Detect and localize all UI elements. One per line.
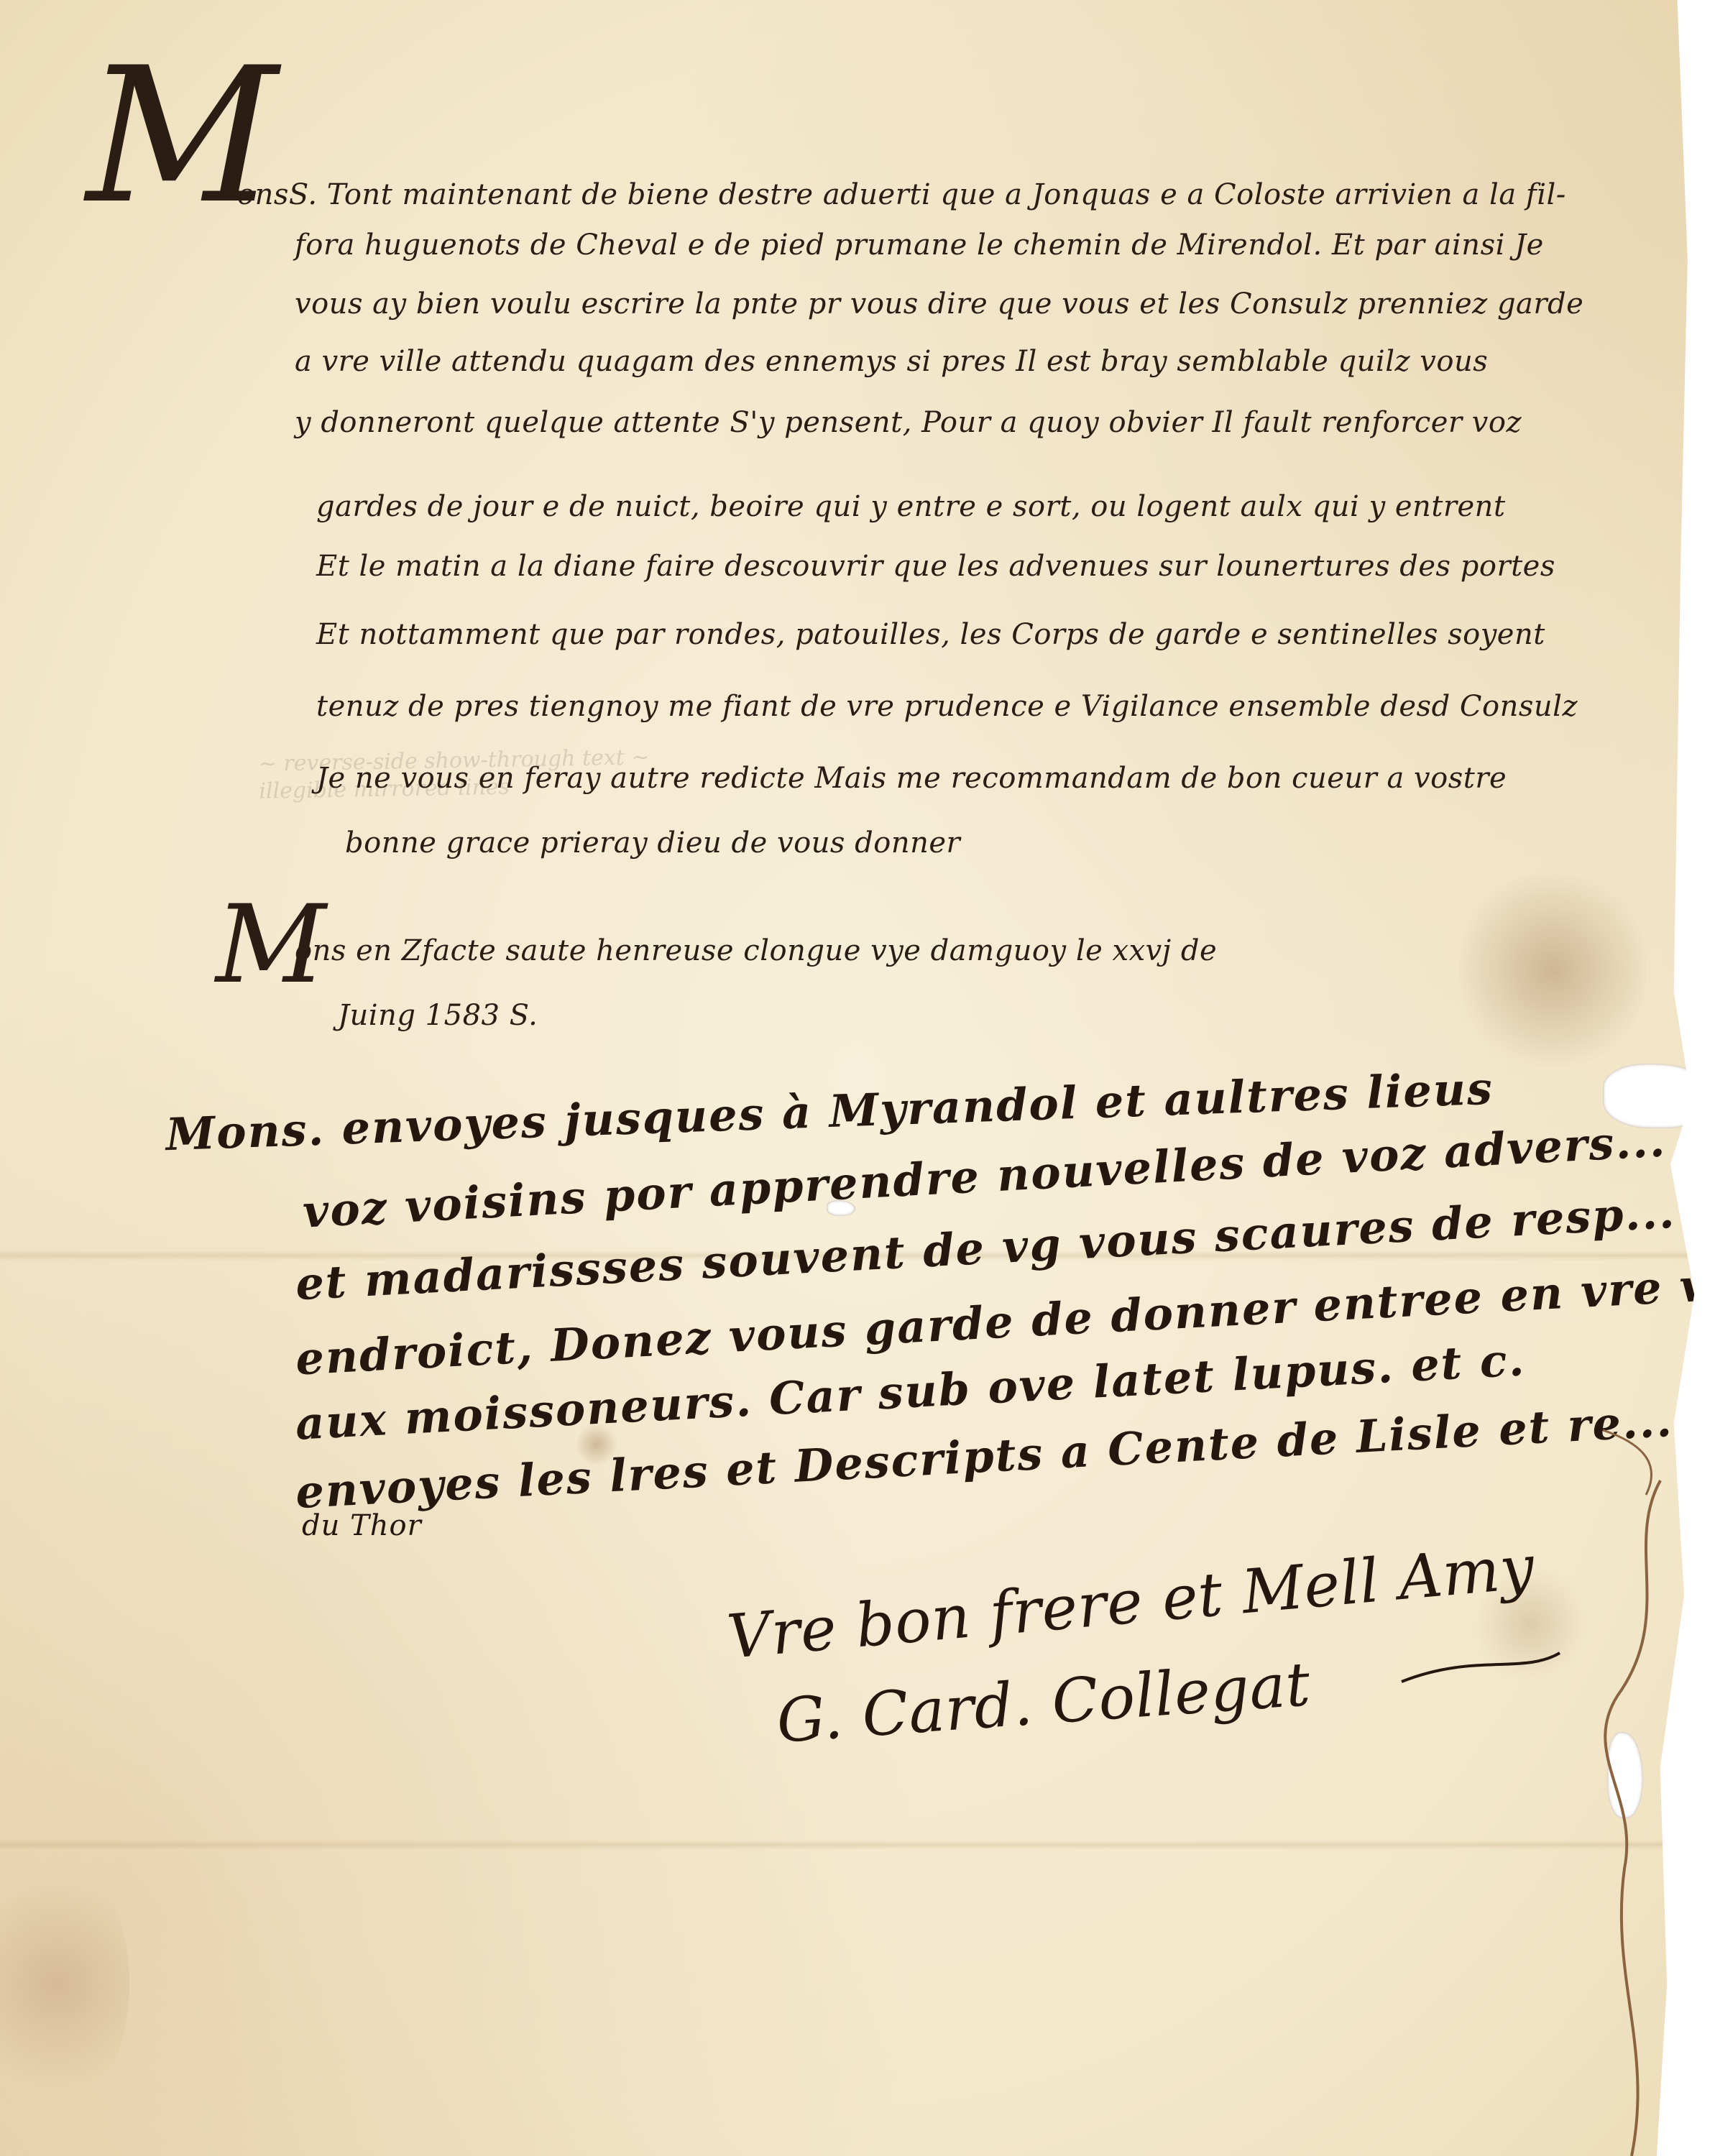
- manuscript-page: ~ reverse-side show-through text ~ illeg…: [0, 0, 1715, 2156]
- pen-flourishes: [0, 0, 1715, 2156]
